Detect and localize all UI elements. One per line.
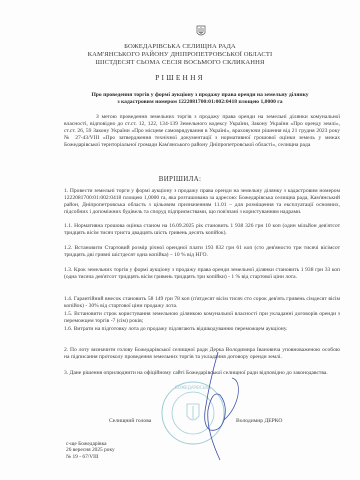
item-1-1: 1.1. Нормативна грошова оцінка станом на…: [64, 223, 340, 237]
subject-line-2: з кадастровим номером 1222081700:01:002:…: [60, 99, 340, 106]
date: 26 вересня 2025 року: [66, 447, 115, 453]
item-1-6: 1.6. Витрати на підготовку лота до прода…: [64, 326, 340, 333]
item-1-4: 1.4. Гарантійний внесок становить 58 149…: [64, 296, 340, 310]
item-1-3: 1.3. Крок земельних торгів у формі аукці…: [64, 267, 340, 281]
signatory-position: Селищний голова: [109, 418, 151, 424]
trident-icon: [196, 25, 206, 37]
session-name: ШІСТДЕСЯТ СЬОМА СЕСІЯ ВОСЬМОГО СКЛИКАННЯ: [0, 59, 360, 66]
handwritten-signature-icon: [180, 350, 250, 470]
document-page: БОЖЕДАРІВСЬКА СЕЛИЩНА РАДА КАМ'ЯНСЬКОГО …: [0, 0, 360, 480]
district-name: КАМ'ЯНСЬКОГО РАЙОНУ ДНІПРОПЕТРОВСЬКОЇ ОБ…: [0, 51, 360, 58]
preamble: З метою проведення земельних торгів з пр…: [64, 114, 340, 149]
footer-block: с-ще Божедарівка 26 вересня 2025 року № …: [66, 441, 115, 460]
item-1: 1. Провести земельні торги у формі аукці…: [64, 188, 340, 216]
signatory-name: Володимир ДЕРКО: [236, 418, 282, 424]
council-name: БОЖЕДАРІВСЬКА СЕЛИЩНА РАДА: [0, 43, 360, 50]
decision-number: № 19 - 67/VIII: [66, 454, 115, 460]
item-1-5: 1.5. Встановити строк користування земел…: [64, 311, 340, 325]
item-1-2: 1.2. Встановити Стартовий розмір річної …: [64, 245, 340, 259]
document-title: РІШЕННЯ: [0, 73, 360, 82]
resolved-heading: ВИРІШИЛА:: [0, 175, 360, 183]
